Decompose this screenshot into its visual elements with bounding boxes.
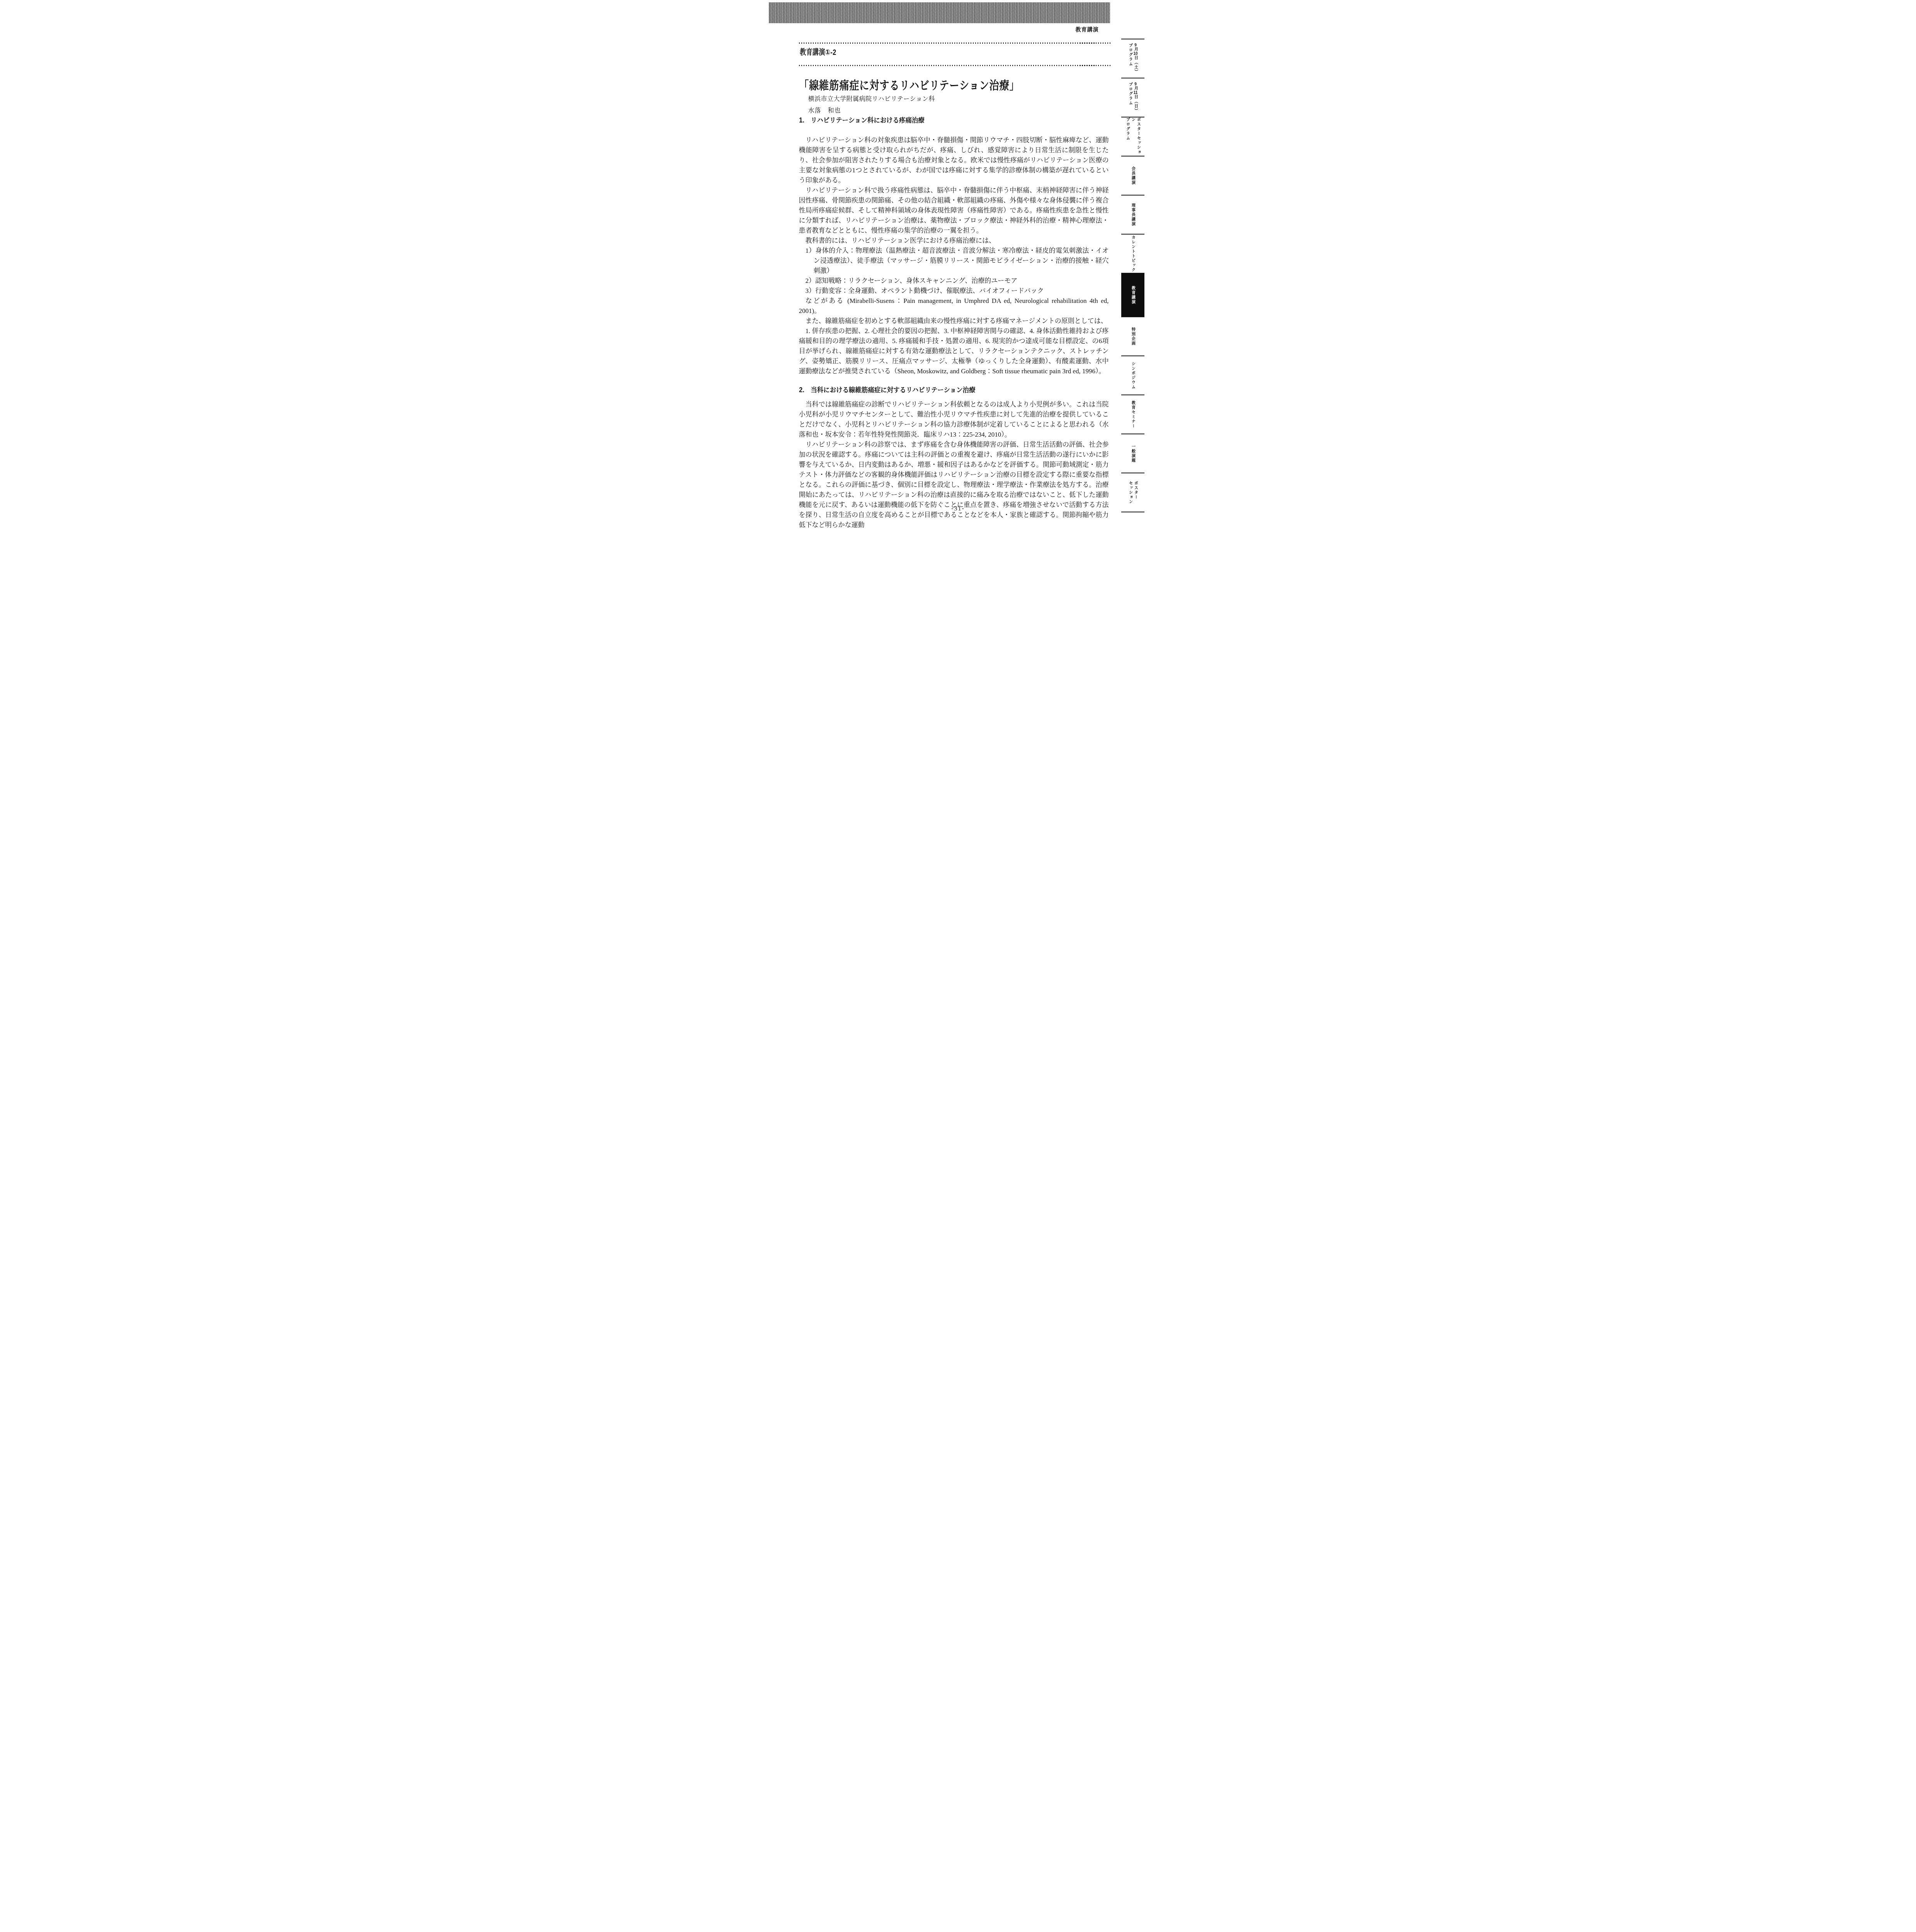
author-name: 水落 和也 bbox=[808, 105, 841, 114]
sidebar-tab-program-sep11: 9月11日（日）プログラム bbox=[1121, 78, 1144, 117]
sidebar-tab-label: ポスターセッション bbox=[1127, 481, 1138, 504]
sidebar-tab-program-sep10: 9月10日（土）プログラム bbox=[1121, 39, 1144, 78]
dotted-rule-top bbox=[799, 43, 1110, 44]
paragraph: などがある (Mirabelli-Susens：Pain management,… bbox=[799, 296, 1109, 316]
dotted-rule-bottom bbox=[799, 65, 1110, 66]
sidebar-tab-poster-session-program: ポスターセッションプログラム bbox=[1121, 117, 1144, 156]
sidebar-tab-special-program: 特別企画 bbox=[1121, 316, 1144, 355]
section-gap bbox=[799, 376, 1109, 385]
sidebar-tab-label: 9月10日（土）プログラム bbox=[1127, 43, 1138, 74]
session-tag: 教育講演①-2 bbox=[800, 46, 836, 57]
affiliation: 横浜市立大学附属病院リハビリテーション科 bbox=[808, 94, 935, 103]
sidebar-tab-label: 特別企画 bbox=[1130, 327, 1136, 346]
abstract-body: 1. リハビリテーション科における疼痛治療 リハビリテーション科の対象疾患は脳卒… bbox=[799, 115, 1109, 530]
list-item: 1）身体的介入：物理療法（温熱療法・超音波療法・音波分解法・寒冷療法・経皮的電気… bbox=[799, 246, 1109, 276]
sidebar-tab-label: カレントトピック bbox=[1130, 235, 1136, 272]
section2-heading: 2. 当科における線維筋痛症に対するリハビリテーション治療 bbox=[799, 385, 1090, 395]
sidebar-tab-educational-lecture: 教育講演 bbox=[1121, 273, 1144, 316]
paragraph: リハビリテーション科で扱う疼痛性病態は、脳卒中・脊髄損傷に伴う中枢痛、末梢神経障… bbox=[799, 185, 1109, 236]
sidebar-tab-symposium: シンポジウム bbox=[1121, 355, 1144, 395]
sidebar-tab-label: 理事長講演 bbox=[1130, 203, 1136, 226]
sidebar-tab-label: 会長講演 bbox=[1130, 167, 1136, 185]
thumb-index-sidebar: 9月10日（土）プログラム 9月11日（日）プログラム ポスターセッションプログ… bbox=[1121, 39, 1144, 512]
paragraph: 1. 併存疾患の把握、2. 心理社会的要因の把握、3. 中枢神経障害関与の確認、… bbox=[799, 326, 1109, 376]
paragraph: リハビリテーション科の対象疾患は脳卒中・脊髄損傷・関節リウマチ・四肢切断・脳性麻… bbox=[799, 135, 1109, 185]
thumb-index-list: 9月10日（土）プログラム 9月11日（日）プログラム ポスターセッションプログ… bbox=[1121, 39, 1144, 512]
sidebar-tab-label: 9月11日（日）プログラム bbox=[1127, 82, 1138, 113]
header-stripe-banner bbox=[769, 2, 1110, 23]
page-number: -31- bbox=[767, 505, 1150, 512]
paragraph: また、線維筋痛症を初めとする軟部組織由来の慢性疼痛に対する疼痛マネージメントの原… bbox=[799, 316, 1109, 326]
paragraph: リハビリテーション科の診察では、まず疼痛を含む身体機能障害の評価、日常生活活動の… bbox=[799, 440, 1109, 530]
paragraph: 教科書的には、リハビリテーション医学における疼痛治療には、 bbox=[799, 236, 1109, 246]
scanned-proceedings-page: 教育講演 教育講演①-2 「線維筋痛症に対するリハビリテーション治療」 横浜市立… bbox=[767, 0, 1150, 542]
list-item: 2）認知戦略：リラクセーション、身体スキャンニング、治療的ユーモア bbox=[799, 276, 1109, 286]
sidebar-tab-label: シンポジウム bbox=[1130, 362, 1136, 389]
sidebar-tab-label: ポスターセッションプログラム bbox=[1125, 117, 1141, 156]
sidebar-tab-presidential-lecture: 会長講演 bbox=[1121, 156, 1144, 195]
lecture-title: 「線維筋痛症に対するリハビリテーション治療」 bbox=[799, 76, 1020, 93]
sidebar-tab-label: 一般演題 bbox=[1130, 444, 1136, 463]
sidebar-tab-chairman-lecture: 理事長講演 bbox=[1121, 195, 1144, 234]
sidebar-tab-general-presentation: 一般演題 bbox=[1121, 434, 1144, 473]
page-corner-label: 教育講演 bbox=[1076, 26, 1099, 33]
sidebar-tab-label: 教育講演 bbox=[1130, 286, 1136, 304]
paragraph: 当科では線維筋痛症の診断でリハビリテーション科依頼となるのは成人より小児例が多い… bbox=[799, 400, 1109, 440]
sidebar-tab-label: 教育セミナー bbox=[1130, 401, 1136, 429]
sidebar-tab-educational-seminar: 教育セミナー bbox=[1121, 395, 1144, 434]
list-item: 3）行動変容：全身運動、オペラント動機づけ、催眠療法、バイオフィードバック bbox=[799, 286, 1109, 296]
sidebar-tab-current-topic: カレントトピック bbox=[1121, 234, 1144, 273]
section1-heading: 1. リハビリテーション科における疼痛治療 bbox=[799, 115, 1090, 125]
